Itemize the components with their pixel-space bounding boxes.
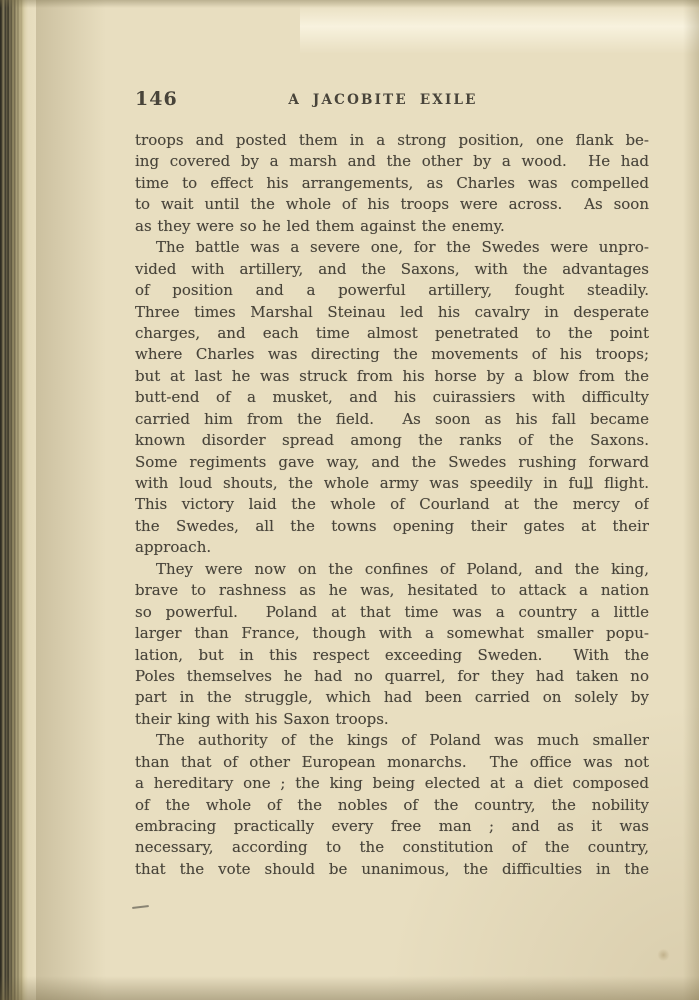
page-text-block: 146 A JACOBITE EXILE troops and posted t… [135, 88, 649, 880]
text-line: where Charles was directing the movement… [135, 344, 649, 365]
book-page-scan: 146 A JACOBITE EXILE troops and posted t… [0, 0, 699, 1000]
page-shading-top [0, 0, 699, 8]
book-binding-edge [0, 0, 36, 1000]
text-line: embracing practically every free man ; a… [135, 816, 649, 837]
text-line: Some regiments gave way, and the Swedes … [135, 452, 649, 473]
text-line: charges, and each time almost penetrated… [135, 323, 649, 344]
text-line: their king with his Saxon troops. [135, 709, 649, 730]
text-line: that the vote should be unanimous, the d… [135, 859, 649, 880]
paragraph: The authority of the kings of Poland was… [135, 730, 649, 880]
text-line: as they were so he led them against the … [135, 216, 649, 237]
page-shading-right [683, 0, 699, 1000]
text-line: troops and posted them in a strong posit… [135, 130, 649, 151]
text-line: than that of other European monarchs. Th… [135, 752, 649, 773]
text-line: larger than France, though with a somewh… [135, 623, 649, 644]
text-line: Poles themselves he had no quarrel, for … [135, 666, 649, 687]
text-line: This victory laid the whole of Courland … [135, 494, 649, 515]
text-line: of position and a powerful artillery, fo… [135, 280, 649, 301]
text-line: of the whole of the nobles of the countr… [135, 795, 649, 816]
page-body: troops and posted them in a strong posit… [135, 130, 649, 880]
text-line: a hereditary one ; the king being electe… [135, 773, 649, 794]
paragraph: They were now on the confines of Poland,… [135, 559, 649, 731]
text-line: so powerful. Poland at that time was a c… [135, 602, 649, 623]
page-highlight-top [300, 4, 699, 54]
foxing-spot [657, 949, 670, 961]
text-line: Three times Marshal Steinau led his cava… [135, 302, 649, 323]
paragraph: The battle was a severe one, for the Swe… [135, 237, 649, 559]
text-line: The authority of the kings of Poland was… [135, 730, 649, 751]
text-line: part in the struggle, which had been car… [135, 687, 649, 708]
text-line: known disorder spread among the ranks of… [135, 430, 649, 451]
running-title: A JACOBITE EXILE [288, 91, 477, 110]
text-line: vided with artillery, and the Saxons, wi… [135, 259, 649, 280]
page-shading-bottom [0, 976, 699, 1000]
text-line: They were now on the confines of Poland,… [135, 559, 649, 580]
text-line: time to effect his arrangements, as Char… [135, 173, 649, 194]
text-line: carried him from the field. As soon as h… [135, 409, 649, 430]
text-line: ing covered by a marsh and the other by … [135, 151, 649, 172]
text-line: lation, but in this respect exceeding Sw… [135, 645, 649, 666]
text-line: butt-end of a musket, and his cuirassier… [135, 387, 649, 408]
text-line: with loud shouts, the whole army was spe… [135, 473, 649, 494]
text-line: The battle was a severe one, for the Swe… [135, 237, 649, 258]
page-number: 146 [135, 88, 178, 110]
text-line: brave to rashness as he was, hesitated t… [135, 580, 649, 601]
text-line: necessary, according to the constitution… [135, 837, 649, 858]
text-line: but at last he was struck from his horse… [135, 366, 649, 387]
paragraph: troops and posted them in a strong posit… [135, 130, 649, 237]
text-line: approach. [135, 537, 649, 558]
text-line: to wait until the whole of his troops we… [135, 194, 649, 215]
pen-mark [132, 905, 149, 909]
page-header: 146 A JACOBITE EXILE [135, 88, 649, 110]
text-line: the Swedes, all the towns opening their … [135, 516, 649, 537]
page-shading-left [36, 0, 106, 1000]
